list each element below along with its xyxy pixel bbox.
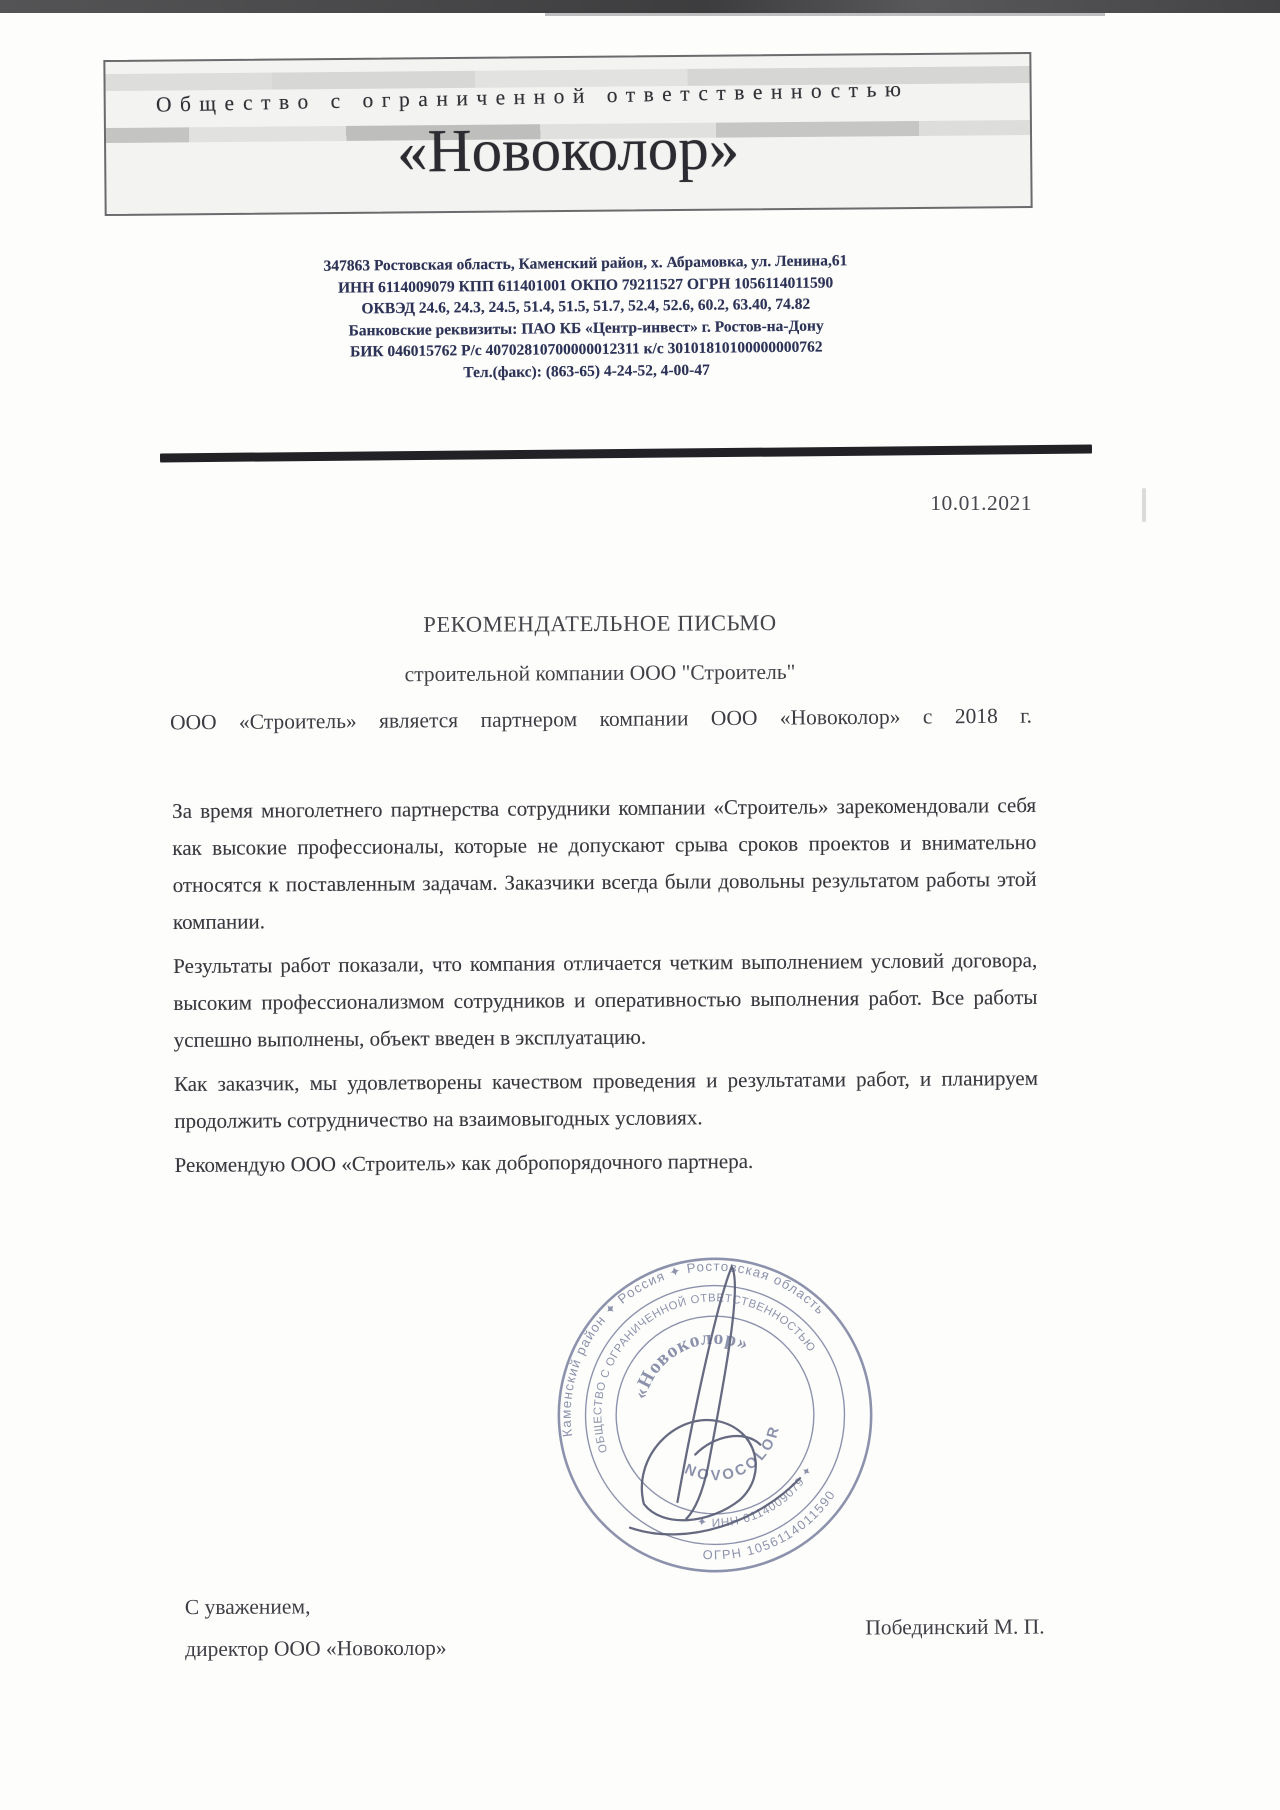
paragraph-results: Результаты работ показали, что компания … xyxy=(173,942,1038,1059)
paragraph-recommendation: Рекомендую ООО «Строитель» как добропоря… xyxy=(174,1141,1038,1184)
signatory-name: Побединский М. П. xyxy=(790,1614,1120,1641)
scan-artifact-top xyxy=(0,0,1280,13)
letter-subtitle: строительной компании ООО "Строитель" xyxy=(170,658,1030,688)
closing-block: С уважением, директор ООО «Новоколор» xyxy=(185,1584,605,1670)
scan-artifact-top-thin xyxy=(545,13,1105,16)
company-stamp: Каменский район ✦ Россия ✦ Ростовская об… xyxy=(547,1247,883,1583)
document-page: Общество с ограниченной ответственностью… xyxy=(0,0,1280,1810)
closing-line-2: директор ООО «Новоколор» xyxy=(185,1626,605,1670)
letter-body: За время многолетнего партнерства сотруд… xyxy=(172,787,1039,1191)
letter-title: РЕКОМЕНДАТЕЛЬНОЕ ПИСЬМО xyxy=(170,609,1030,640)
paragraph-partnership: За время многолетнего партнерства сотруд… xyxy=(172,787,1037,941)
stamp-svg: Каменский район ✦ Россия ✦ Ростовская об… xyxy=(547,1247,883,1583)
requisites-block: 347863 Ростовская область, Каменский рай… xyxy=(215,249,956,386)
paragraph-customer: Как заказчик, мы удовлетворены качеством… xyxy=(174,1060,1038,1140)
divider-bar xyxy=(160,445,1092,463)
letter-intro: ООО «Строитель» является партнером компа… xyxy=(170,704,1032,736)
org-name: «Новоколор» xyxy=(106,112,1031,190)
closing-line-1: С уважением, xyxy=(185,1584,605,1628)
scan-artifact-smudge xyxy=(1142,488,1146,522)
letter-date: 10.01.2021 xyxy=(682,491,1032,516)
letterhead-box: Общество с ограниченной ответственностью… xyxy=(103,52,1032,216)
